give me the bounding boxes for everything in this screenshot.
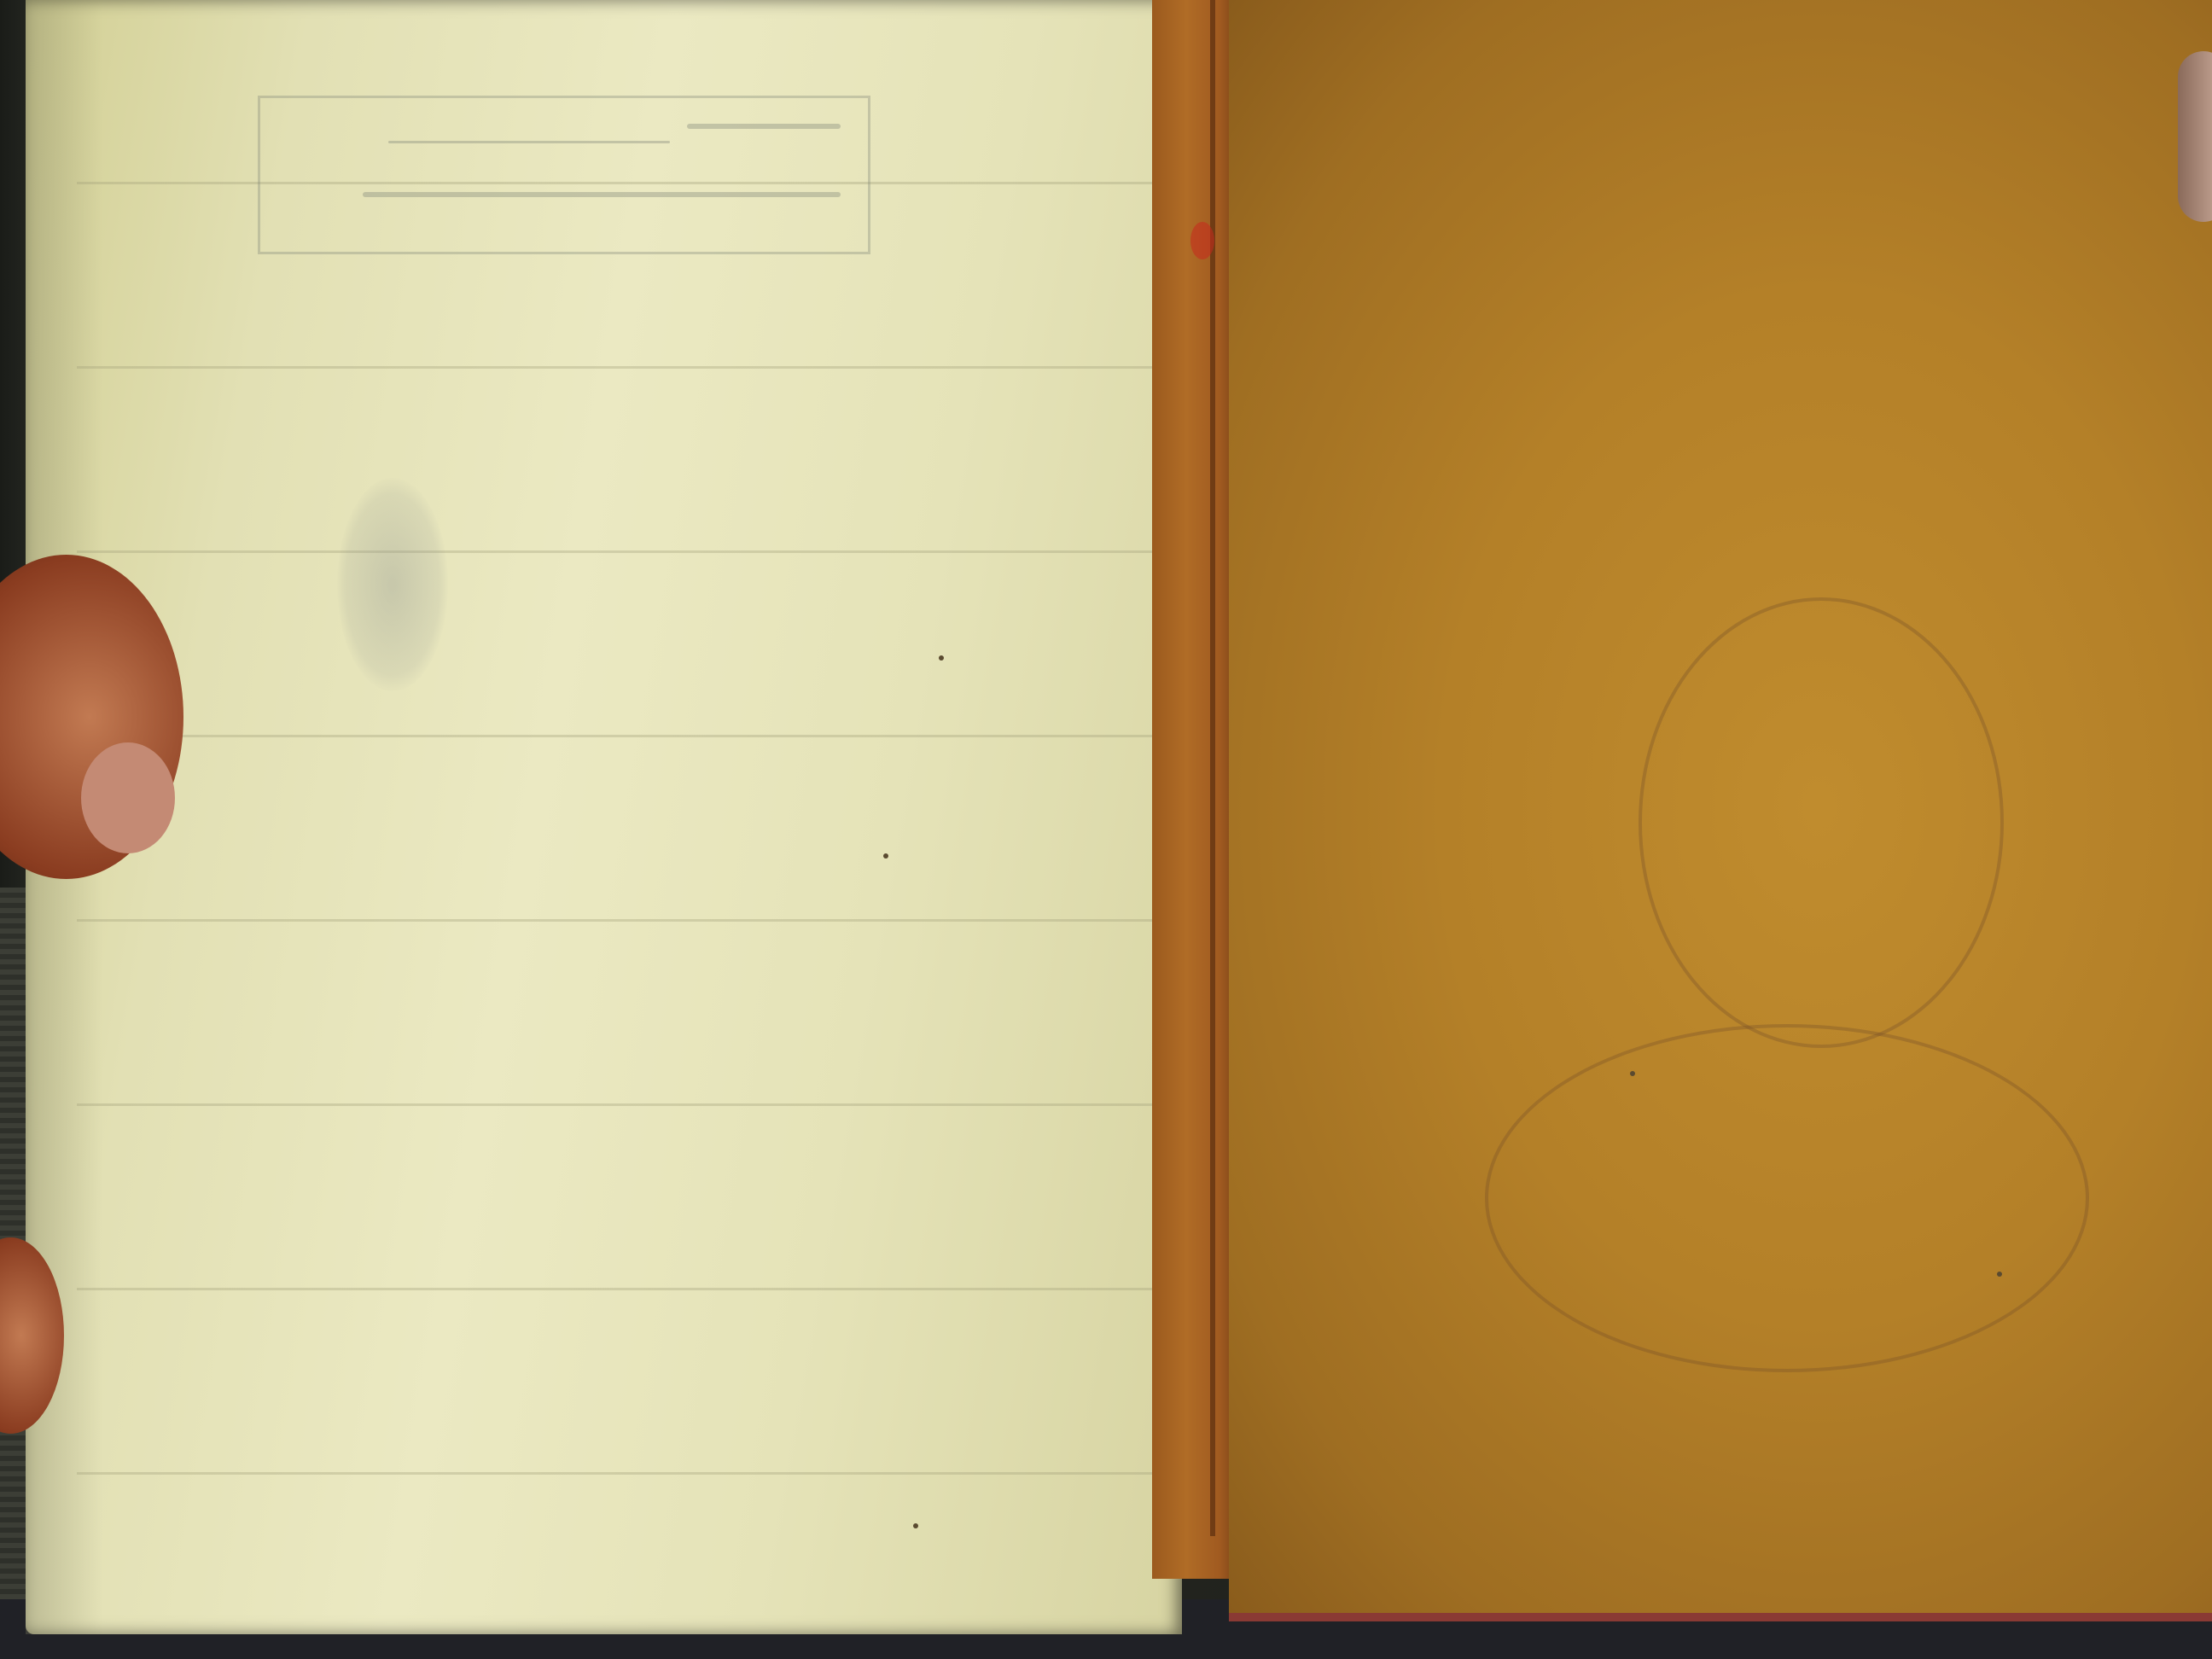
faded-oval-stamp	[337, 478, 448, 691]
finger-right-edge	[2178, 51, 2212, 222]
paper-wrinkle	[1485, 1024, 2089, 1372]
bleed-through-ruled-box	[258, 96, 870, 254]
foxing-spot	[1997, 1272, 2002, 1277]
bleed-through-rule	[388, 141, 670, 143]
red-ink-mark	[1190, 222, 1214, 259]
foxing-spot	[1630, 1071, 1635, 1076]
foxing-spot	[883, 853, 888, 859]
bleed-through-script-line	[687, 124, 841, 129]
thumbnail	[81, 742, 175, 853]
bleed-through-script-line	[363, 192, 841, 197]
foxing-spot	[913, 1523, 918, 1528]
foxing-spot	[939, 655, 944, 661]
paper-wrinkle	[1639, 597, 2004, 1048]
right-pastedown-page	[1229, 0, 2212, 1621]
left-flyleaf-page	[26, 0, 1182, 1634]
